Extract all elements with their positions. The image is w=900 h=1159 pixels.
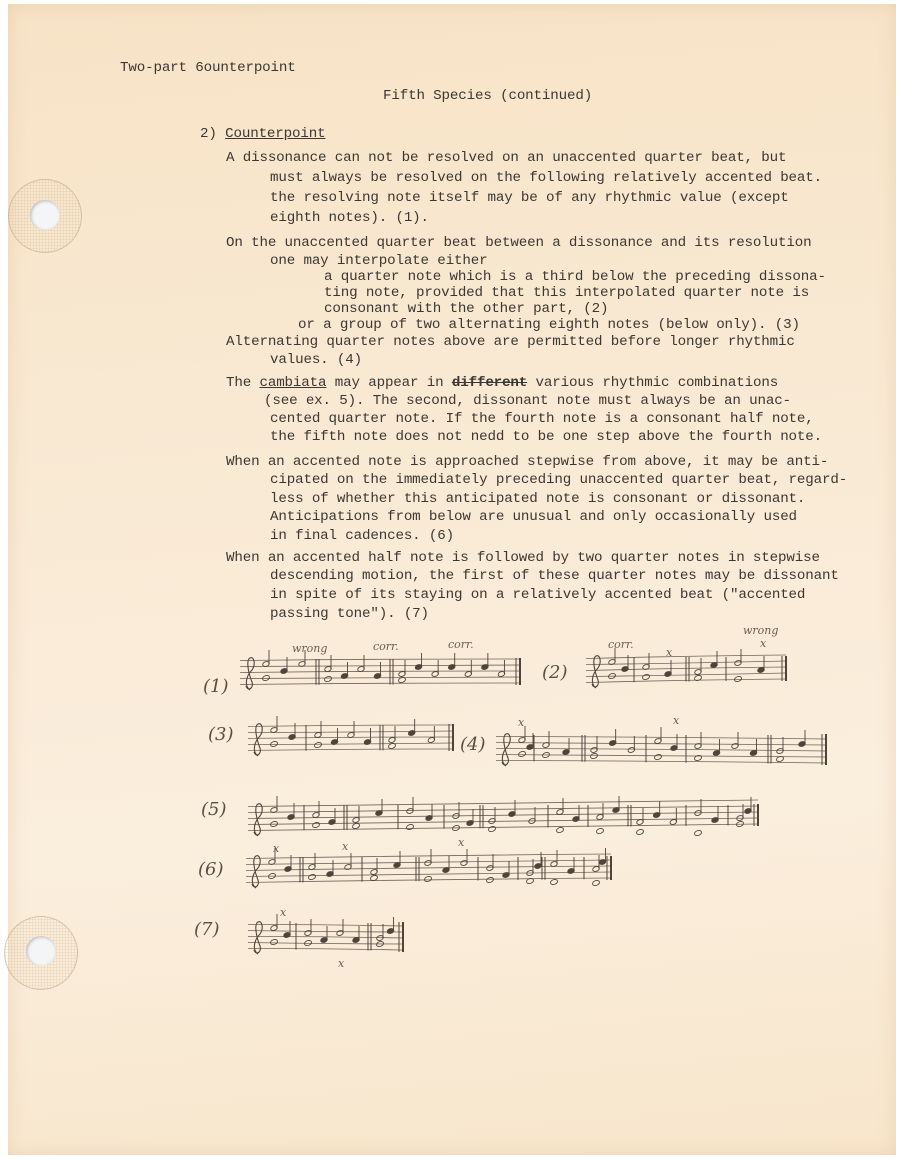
text-fragment: various rhythmic combinations xyxy=(527,375,778,391)
annotation-x: x xyxy=(673,714,679,727)
annotation-x: x xyxy=(280,906,286,919)
text-line: a quarter note which is a third below th… xyxy=(324,269,826,285)
annotation-x: x xyxy=(342,840,348,853)
staff-example-3 xyxy=(248,722,457,766)
annotation-x: x xyxy=(760,637,766,650)
section-heading-text: Counterpoint xyxy=(225,126,325,142)
text-line: must always be resolved on the following… xyxy=(270,170,822,186)
text-line: passing tone"). (7) xyxy=(270,606,429,622)
staff-example-4 xyxy=(496,732,830,776)
text-line: (see ex. 5). The second, dissonant note … xyxy=(264,393,791,409)
text-line: A dissonance can not be resolved on an u… xyxy=(226,150,786,166)
section-title: Fifth Species (continued) xyxy=(383,88,592,104)
annotation-x: x xyxy=(518,716,524,729)
running-title: Two-part 6ounterpoint xyxy=(120,60,296,76)
text-fragment: The xyxy=(226,375,259,391)
punch-hole-bottom xyxy=(26,936,56,966)
staff-example-5 xyxy=(248,802,762,846)
text-line: cented quarter note. If the fourth note … xyxy=(270,411,814,427)
text-line: values. (4) xyxy=(270,352,362,368)
text-line: When an accented note is approached step… xyxy=(226,454,828,470)
example-label-2: (2) xyxy=(542,662,568,683)
text-line: eighth notes). (1). xyxy=(270,210,429,226)
text-line: one may interpolate either xyxy=(270,253,487,269)
example-label-1: (1) xyxy=(203,676,229,697)
annotation-wrong: wrong xyxy=(292,642,327,655)
text-line: in spite of its staying on a relatively … xyxy=(270,587,805,603)
text-line: the fifth note does not nedd to be one s… xyxy=(270,429,822,445)
example-label-5: (5) xyxy=(201,799,227,820)
text-line: Alternating quarter notes above are perm… xyxy=(226,334,795,350)
text-line: When an accented half note is followed b… xyxy=(226,550,820,566)
section-heading: 2) Counterpoint xyxy=(200,126,325,142)
text-line: ting note, provided that this interpolat… xyxy=(324,285,809,301)
example-label-3: (3) xyxy=(208,724,234,745)
annotation-corr: corr. xyxy=(608,638,634,651)
staff-example-1 xyxy=(240,656,524,700)
text-line: less of whether this anticipated note is… xyxy=(270,491,805,507)
struck-word: different xyxy=(452,375,527,391)
text-line: descending motion, the first of these qu… xyxy=(270,568,839,584)
text-line: Anticipations from below are unusual and… xyxy=(270,509,797,525)
text-fragment: may appear in xyxy=(326,375,451,391)
text-line: in final cadences. (6) xyxy=(270,528,454,544)
punch-hole-top xyxy=(30,200,60,230)
text-line: cipated on the immediately preceding una… xyxy=(270,472,847,488)
staff-example-7 xyxy=(248,920,407,964)
example-label-7: (7) xyxy=(194,919,220,940)
text-line: On the unaccented quarter beat between a… xyxy=(226,235,811,251)
staff-example-2 xyxy=(586,654,790,698)
text-line: consonant with the other part, (2) xyxy=(324,301,608,317)
annotation-x: x xyxy=(458,836,464,849)
underlined-term: cambiata xyxy=(259,375,326,391)
example-label-6: (6) xyxy=(198,859,224,880)
staff-example-6 xyxy=(246,854,615,898)
annotation-corr: corr. xyxy=(448,638,474,651)
annotation-wrong: wrong xyxy=(743,624,778,637)
text-line: the resolving note itself may be of any … xyxy=(270,190,789,206)
section-number: 2) xyxy=(200,126,217,142)
text-line: or a group of two alternating eighth not… xyxy=(298,317,800,333)
example-label-4: (4) xyxy=(460,734,486,755)
annotation-corr: corr. xyxy=(373,640,399,653)
text-line: The cambiata may appear in different var… xyxy=(226,375,778,391)
document-page: Two-part 6ounterpoint Fifth Species (con… xyxy=(8,4,896,1155)
